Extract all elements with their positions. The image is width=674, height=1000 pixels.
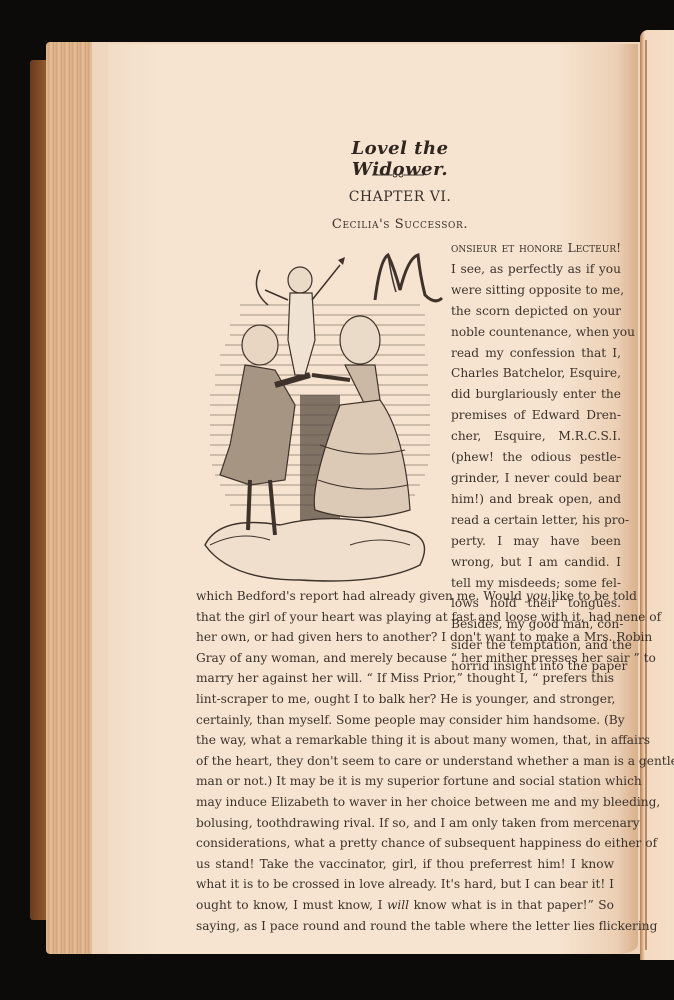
- text-line: onsieur et honore Lecteur!: [451, 238, 621, 259]
- text-line: were sitting opposite to me,: [451, 280, 621, 301]
- chapter-heading: CHAPTER VI.: [300, 189, 500, 205]
- text-line: noble countenance, when you: [451, 322, 621, 343]
- text-line: grinder, I never could bear: [451, 468, 621, 489]
- text-line: saying, as I pace round and round the ta…: [196, 916, 614, 937]
- text-line: Gray of any woman, and merely because “ …: [196, 648, 614, 669]
- text-line: ought to know, I must know, I will know …: [196, 895, 614, 916]
- text-line: read my confession that I,: [451, 343, 621, 364]
- text-line: certainly, than myself. Some people may …: [196, 710, 614, 731]
- text-line: what it is to be crossed in love already…: [196, 874, 614, 895]
- text-line: bolusing, toothdrawing rival. If so, and…: [196, 813, 614, 834]
- text-line: did burglariously enter the: [451, 384, 621, 405]
- text-line: her own, or had given hers to another? I…: [196, 627, 614, 648]
- text-line: may induce Elizabeth to waver in her cho…: [196, 792, 614, 813]
- text-line: read a certain letter, his pro-: [451, 510, 621, 531]
- text-line: considerations, what a pretty chance of …: [196, 833, 614, 854]
- text-line: lint-scraper to me, ought I to balk her?…: [196, 689, 614, 710]
- text-line: I see, as perfectly as if you: [451, 259, 621, 280]
- text-line: which Bedford's report had already given…: [196, 586, 614, 607]
- text-line: us stand! Take the vaccinator, girl, if …: [196, 854, 614, 875]
- chapter-title: Cecilia's Successor.: [300, 217, 500, 232]
- text-line: the scorn depicted on your: [451, 301, 621, 322]
- text-line: wrong, but I am candid. I: [451, 552, 621, 573]
- text-line: him!) and break open, and: [451, 489, 621, 510]
- ornament-rule-icon: [372, 171, 424, 179]
- text-line: of the heart, they don't seem to care or…: [196, 751, 614, 772]
- drop-cap-ornament-icon: [370, 250, 450, 310]
- text-line: cher, Esquire, M.R.C.S.I.: [451, 426, 621, 447]
- text-line: perty. I may have been: [451, 531, 621, 552]
- gutter: [645, 40, 647, 950]
- full-text-column: which Bedford's report had already given…: [196, 586, 614, 936]
- text-line: the way, what a remarkable thing it is a…: [196, 730, 614, 751]
- text-line: that the girl of your heart was playing …: [196, 607, 614, 628]
- text-line: man or not.) It may be it is my superior…: [196, 771, 614, 792]
- text-line: premises of Edward Dren-: [451, 405, 621, 426]
- text-line: (phew! the odious pestle-: [451, 447, 621, 468]
- text-line: Charles Batchelor, Esquire,: [451, 363, 621, 384]
- text-line: marry her against her will. “ If Miss Pr…: [196, 668, 614, 689]
